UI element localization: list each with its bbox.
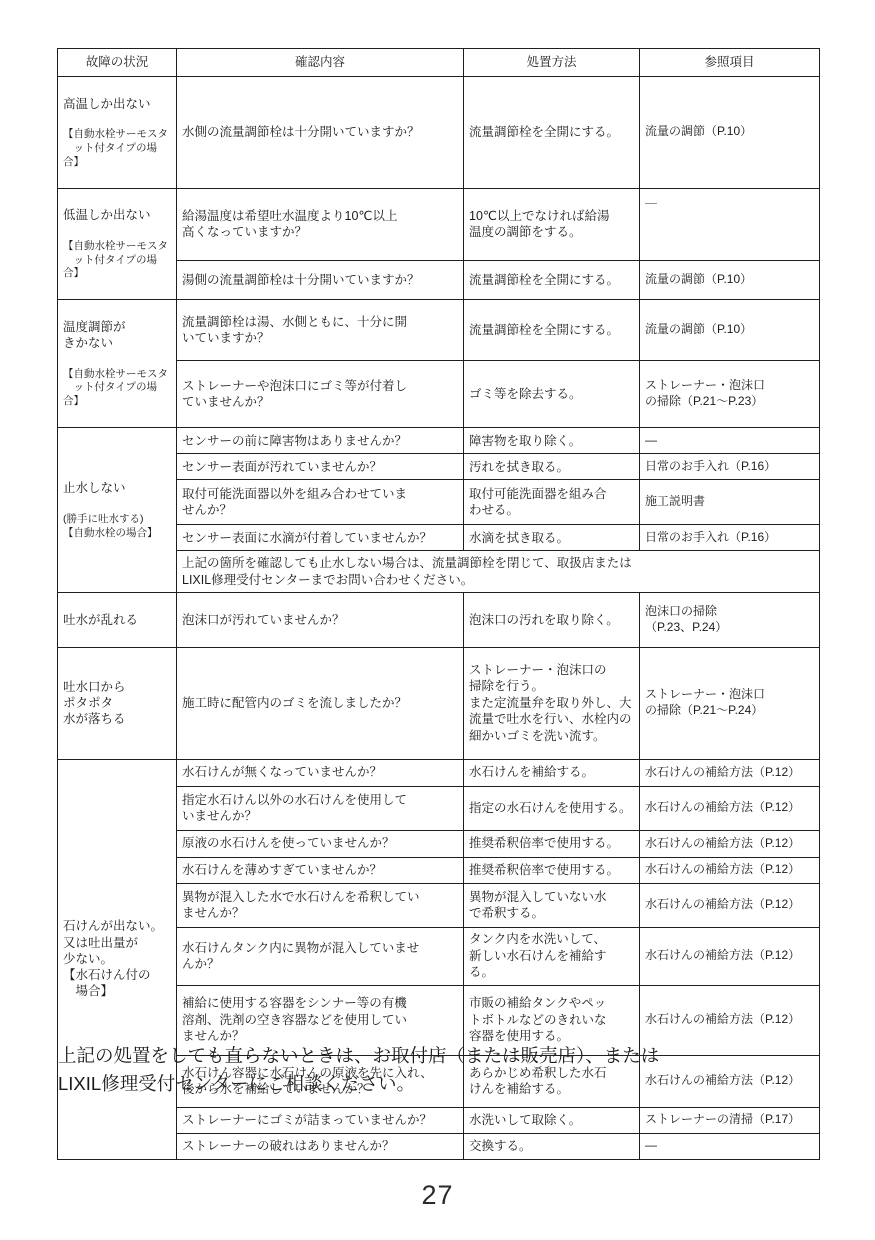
col-header-reference: 参照項目 xyxy=(640,49,820,77)
cell-check: 異物が混入した水で水石けんを希釈してい ませんか？ xyxy=(177,883,464,927)
cell-action: 異物が混入していない水 で希釈する。 xyxy=(464,883,640,927)
cell-action: 水滴を拭き取る。 xyxy=(464,525,640,551)
cell-reference: 日常のお手入れ（P.16） xyxy=(640,454,820,480)
cell-reference: 水石けんの補給方法（P.12） xyxy=(640,786,820,830)
cell-check: 水石けんが無くなっていませんか？ xyxy=(177,759,464,786)
cell-check: 湯側の流量調節栓は十分開いていますか？ xyxy=(177,260,464,300)
cell-action: 泡沫口の汚れを取り除く。 xyxy=(464,593,640,647)
situation-text: 高温しか出ない xyxy=(63,96,171,112)
cell-situation: 高温しか出ない 【自動水栓サーモスタ ット付タイプの場合】 xyxy=(58,77,177,189)
cell-check: 原液の水石けんを使っていませんか？ xyxy=(177,830,464,857)
cell-situation: 温度調節が きかない 【自動水栓サーモスタ ット付タイプの場合】 xyxy=(58,300,177,428)
header-row: 故障の状況 確認内容 処置方法 参照項目 xyxy=(58,49,820,77)
cell-action: 流量調節栓を全開にする。 xyxy=(464,260,640,300)
cell-action: 指定の水石けんを使用する。 xyxy=(464,786,640,830)
cell-check: 水側の流量調節栓は十分開いていますか？ xyxy=(177,77,464,189)
cell-check: 施工時に配管内のゴミを流しましたか？ xyxy=(177,647,464,759)
cell-reference: 流量の調節（P.10） xyxy=(640,300,820,361)
cell-action: ゴミ等を除去する。 xyxy=(464,360,640,427)
cell-check: 流量調節栓は湯、水側ともに、十分に開 いていますか？ xyxy=(177,300,464,361)
cell-action: 推奨希釈倍率で使用する。 xyxy=(464,830,640,857)
cell-action: 取付可能洗面器を組み合 わせる。 xyxy=(464,480,640,525)
cell-reference: ストレーナー・泡沫口 の掃除（P.21～P.23） xyxy=(640,360,820,427)
table-row: 吐水が乱れる 泡沫口が汚れていませんか？ 泡沫口の汚れを取り除く。 泡沫口の掃除… xyxy=(58,593,820,647)
situation-text: 石けんが出ない。 又は吐出量が 少ない。 【水石けん付の 場合】 xyxy=(63,918,171,999)
cell-check: 水石けんタンク内に異物が混入していませ んか？ xyxy=(177,927,464,985)
cell-check: ストレーナーにゴミが詰まっていませんか？ xyxy=(177,1107,464,1133)
cell-situation: 吐水口から ポタポタ 水が落ちる xyxy=(58,647,177,759)
cell-reference: 流量の調節（P.10） xyxy=(640,77,820,189)
situation-text: 温度調節が きかない xyxy=(63,319,171,352)
cell-reference: 水石けんの補給方法（P.12） xyxy=(640,857,820,883)
footer-note: 上記の処置をしても直らないときは、お取付店（または販売店）、または LIXIL修… xyxy=(58,1042,818,1098)
cell-reference: 施工説明書 xyxy=(640,480,820,525)
situation-text: 吐水が乱れる xyxy=(63,612,171,628)
cell-action: 流量調節栓を全開にする。 xyxy=(464,77,640,189)
cell-situation: 止水しない (勝手に吐水する) 【自動水栓の場合】 xyxy=(58,428,177,593)
situation-subtext: 【自動水栓サーモスタ ット付タイプの場合】 xyxy=(63,128,171,169)
cell-check: 水石けんを薄めすぎていませんか？ xyxy=(177,857,464,883)
table-row: 吐水口から ポタポタ 水が落ちる 施工時に配管内のゴミを流しましたか？ ストレー… xyxy=(58,647,820,759)
manual-page: 故障の状況 確認内容 処置方法 参照項目 高温しか出ない 【自動水栓サーモスタ … xyxy=(0,0,875,1240)
situation-text: 止水しない xyxy=(63,480,171,496)
cell-note: 上記の箇所を確認しても止水しない場合は、流量調節栓を閉じて、取扱店または LIX… xyxy=(177,551,820,593)
cell-reference: ストレーナーの清掃（P.17） xyxy=(640,1107,820,1133)
col-header-situation: 故障の状況 xyxy=(58,49,177,77)
cell-action: タンク内を水洗いして、 新しい水石けんを補給す る。 xyxy=(464,927,640,985)
troubleshooting-table: 故障の状況 確認内容 処置方法 参照項目 高温しか出ない 【自動水栓サーモスタ … xyxy=(57,48,820,1160)
table-row: 温度調節が きかない 【自動水栓サーモスタ ット付タイプの場合】 流量調節栓は湯… xyxy=(58,300,820,361)
cell-reference: 泡沫口の掃除 （P.23、P.24） xyxy=(640,593,820,647)
cell-reference: ＿ xyxy=(640,188,820,260)
table-row: 高温しか出ない 【自動水栓サーモスタ ット付タイプの場合】 水側の流量調節栓は十… xyxy=(58,77,820,189)
col-header-action: 処置方法 xyxy=(464,49,640,77)
cell-action: ストレーナー・泡沫口の 掃除を行う。 また定流量弁を取り外し、大流量で吐水を行い… xyxy=(464,647,640,759)
situation-subtext: 【自動水栓サーモスタ ット付タイプの場合】 xyxy=(63,368,171,409)
cell-reference: 流量の調節（P.10） xyxy=(640,260,820,300)
cell-check: センサー表面に水滴が付着していませんか？ xyxy=(177,525,464,551)
cell-check: ストレーナーの破れはありませんか？ xyxy=(177,1133,464,1159)
situation-subtext: 【自動水栓サーモスタ ット付タイプの場合】 xyxy=(63,240,171,281)
table-row: 低温しか出ない 【自動水栓サーモスタ ット付タイプの場合】 給湯温度は希望吐水温… xyxy=(58,188,820,260)
cell-action: 障害物を取り除く。 xyxy=(464,428,640,454)
situation-text: 吐水口から ポタポタ 水が落ちる xyxy=(63,679,171,728)
cell-check: 泡沫口が汚れていませんか？ xyxy=(177,593,464,647)
cell-reference: 水石けんの補給方法（P.12） xyxy=(640,830,820,857)
cell-action: 10℃以上でなければ給湯 温度の調節をする。 xyxy=(464,188,640,260)
cell-action: 汚れを拭き取る。 xyxy=(464,454,640,480)
cell-action: 水石けんを補給する。 xyxy=(464,759,640,786)
cell-check: ストレーナーや泡沫口にゴミ等が付着し ていませんか？ xyxy=(177,360,464,427)
cell-action: 水洗いして取除く。 xyxy=(464,1107,640,1133)
cell-reference: 水石けんの補給方法（P.12） xyxy=(640,927,820,985)
col-header-check: 確認内容 xyxy=(177,49,464,77)
situation-subtext: (勝手に吐水する) 【自動水栓の場合】 xyxy=(63,513,171,540)
cell-check: センサーの前に障害物はありませんか？ xyxy=(177,428,464,454)
cell-reference: 水石けんの補給方法（P.12） xyxy=(640,883,820,927)
cell-situation: 低温しか出ない 【自動水栓サーモスタ ット付タイプの場合】 xyxy=(58,188,177,300)
cell-check: 給湯温度は希望吐水温度より10℃以上 高くなっていますか？ xyxy=(177,188,464,260)
cell-situation: 石けんが出ない。 又は吐出量が 少ない。 【水石けん付の 場合】 xyxy=(58,759,177,1159)
table-row: 石けんが出ない。 又は吐出量が 少ない。 【水石けん付の 場合】 水石けんが無く… xyxy=(58,759,820,786)
cell-check: センサー表面が汚れていませんか？ xyxy=(177,454,464,480)
cell-action: 流量調節栓を全開にする。 xyxy=(464,300,640,361)
cell-action: 交換する。 xyxy=(464,1133,640,1159)
page-number: 27 xyxy=(0,1180,875,1211)
situation-text: 低温しか出ない xyxy=(63,207,171,223)
cell-reference: ― xyxy=(640,1133,820,1159)
cell-check: 取付可能洗面器以外を組み合わせていま せんか？ xyxy=(177,480,464,525)
cell-reference: 水石けんの補給方法（P.12） xyxy=(640,759,820,786)
cell-situation: 吐水が乱れる xyxy=(58,593,177,647)
cell-check: 指定水石けん以外の水石けんを使用して いませんか？ xyxy=(177,786,464,830)
cell-reference: ストレーナー・泡沫口 の掃除（P.21～P.24） xyxy=(640,647,820,759)
table-row: 止水しない (勝手に吐水する) 【自動水栓の場合】 センサーの前に障害物はありま… xyxy=(58,428,820,454)
cell-action: 推奨希釈倍率で使用する。 xyxy=(464,857,640,883)
cell-reference: 日常のお手入れ（P.16） xyxy=(640,525,820,551)
cell-reference: ― xyxy=(640,428,820,454)
